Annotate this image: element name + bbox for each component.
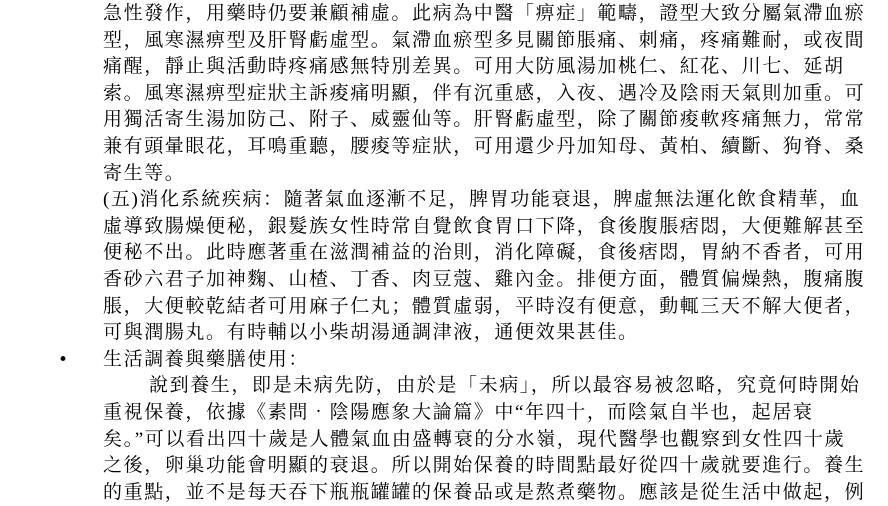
text-line: 痛醒，靜止與活動時疼痛感無特別差異。可用大防風湯加桃仁、紅花、川七、延胡: [103, 54, 878, 81]
text-line: 的重點，並不是每天吞下瓶瓶罐罐的保養品或是熬煮藥物。應該是從生活中做起，例: [103, 480, 878, 506]
bullet-icon: •: [58, 347, 68, 374]
text-line: 矣。”可以看出四十歲是人體氣血由盛轉衰的分水嶺，現代醫學也觀察到女性四十歲: [103, 427, 878, 454]
text-line: 寄生等。: [103, 161, 878, 188]
text-line: 便秘不出。此時應著重在滋潤補益的治則，消化障礙，食後痞悶，胃納不香者，可用: [103, 240, 878, 267]
text-line: 說到養生，即是未病先防，由於是「未病」，所以最容易被忽略，究竟何時開始: [103, 373, 878, 400]
text-line: 型，風寒濕痹型及肝腎虧虛型。氣滯血瘀型多見關節脹痛、刺痛，疼痛難耐，或夜間: [103, 28, 878, 55]
text-line: 用獨活寄生湯加防己、附子、威靈仙等。肝腎虧虛型，除了關節痠軟疼痛無力，常常: [103, 107, 878, 134]
text-line: 之後，卵巢功能會明顯的衰退。所以開始保養的時間點最好從四十歲就要進行。養生: [103, 453, 878, 480]
text-line: 急性發作，用藥時仍要兼顧補虛。此病為中醫「痹症」範疇，證型大致分屬氣滯血瘀: [103, 1, 878, 28]
text-line: 香砂六君子加神麴、山楂、丁香、肉豆蔻、雞內金。排便方面，體質偏燥熱，腹痛腹: [103, 267, 878, 294]
text-line: 可與潤腸丸。有時輔以小柴胡湯通調津液，通便效果甚佳。: [103, 320, 878, 347]
document-body: 急性發作，用藥時仍要兼顧補虛。此病為中醫「痹症」範疇，證型大致分屬氣滯血瘀 型，…: [0, 0, 888, 506]
text-line: 虛導致腸燥便秘，銀髮族女性時常自覺飲食胃口下降，食後腹脹痞悶，大便難解甚至: [103, 214, 878, 241]
text-line: 脹，大便較乾結者可用麻子仁丸；體質虛弱，平時沒有便意，動輒三天不解大便者，: [103, 294, 878, 321]
text-line: 重視保養，依據《素問‧陰陽應象大論篇》中“年四十，而陰氣自半也，起居衰: [103, 400, 878, 427]
bullet-item-label: 生活調養與藥膳使用：: [103, 349, 309, 370]
text-line: 兼有頭暈眼花，耳鳴重聽，腰痠等症狀，可用還少丹加知母、黃柏、續斷、狗脊、桑: [103, 134, 878, 161]
bullet-list-item: •生活調養與藥膳使用：: [103, 347, 878, 374]
text-line: 索。風寒濕痹型症狀主訴痠痛明顯，伴有沉重感，入夜、遇冷及陰雨天氣則加重。可: [103, 81, 878, 108]
text-line: (五)消化系統疾病：隨著氣血逐漸不足，脾胃功能衰退，脾虛無法運化飲食精華，血: [103, 187, 878, 214]
